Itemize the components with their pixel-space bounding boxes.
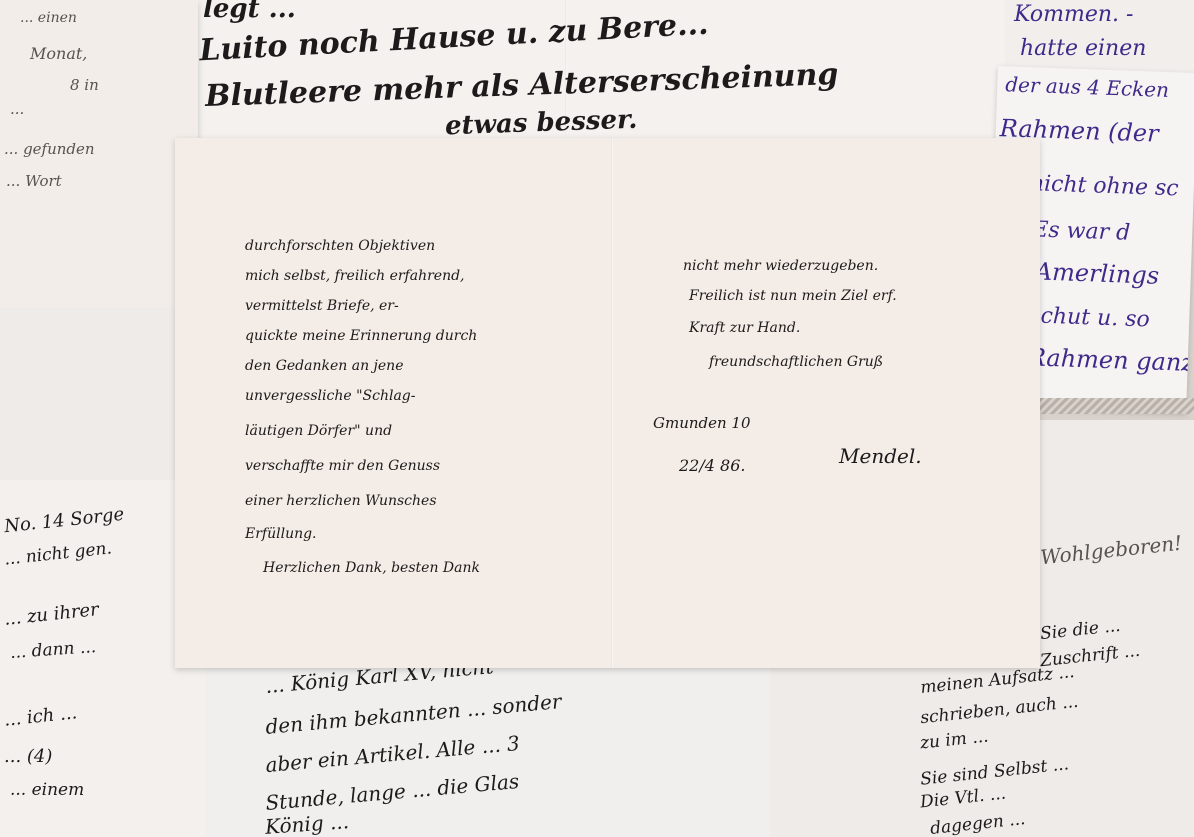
letter-line: Es war d — [1032, 217, 1131, 245]
letter-line: durchforschten Objektiven — [245, 238, 435, 254]
letter-line: ... einem — [10, 780, 84, 800]
letter-line: ... nicht gen. — [3, 538, 113, 569]
letter-line: ... gefunden — [4, 140, 95, 158]
letter-line: verschaffte mir den Genuss — [245, 458, 440, 474]
letter-line: etwas besser. — [445, 105, 638, 142]
letter-line: ... ich ... — [3, 702, 78, 731]
letter-line: zu im ... — [919, 726, 989, 753]
letter-line: quickte meine Erinnerung durch — [245, 328, 477, 344]
letter-line: ... dann ... — [9, 637, 96, 663]
letter-line: ... (4) — [4, 746, 52, 767]
envelope-lining — [1040, 398, 1194, 414]
letter-line: 8 in — [70, 76, 99, 94]
letter-line: ... zu ihrer — [3, 599, 100, 630]
main-letter-right-page: nicht mehr wiederzugeben. Freilich ist n… — [613, 138, 1040, 668]
letter-line: Rahmen ganz — [1027, 343, 1194, 377]
letter-line: Sie die ... — [1039, 616, 1121, 644]
left-middle-paper — [0, 308, 180, 508]
bottom-center-background-letter: ... König Karl XV, nicht den ihm bekannt… — [205, 650, 775, 837]
letter-line: Freilich ist nun mein Ziel erf. — [689, 288, 897, 304]
letter-line: Blutleere mehr als Alterserscheinung — [205, 57, 839, 114]
letter-line: freundschaftlichen Gruß — [709, 354, 883, 370]
letter-line: dagegen ... — [929, 809, 1026, 837]
letter-line: Monat, — [30, 44, 87, 63]
letter-line: No. 14 Sorge — [3, 504, 125, 537]
letter-line: läutigen Dörfer" und — [245, 423, 392, 439]
letter-line: nicht mehr wiederzugeben. — [683, 258, 878, 274]
letter-line: schut u. so — [1029, 303, 1150, 332]
letter-line: Kraft zur Hand. — [689, 320, 800, 336]
letter-line: unvergessliche "Schlag- — [245, 388, 416, 404]
letter-line: ... Wort — [6, 172, 62, 190]
letter-line: Erfüllung. — [245, 526, 317, 542]
letter-line: den Gedanken an jene — [245, 358, 403, 374]
letter-line: Amerlings — [1034, 257, 1159, 289]
letter-line: legt ... — [203, 0, 296, 24]
letter-line: mich selbst, freilich erfahrend, — [245, 268, 465, 284]
main-letter: durchforschten Objektiven mich selbst, f… — [175, 138, 1040, 668]
letter-line: ... einen — [20, 10, 77, 26]
place-line: Gmunden 10 — [653, 414, 751, 432]
letter-line: ... — [10, 100, 24, 118]
letter-line: Herzlichen Dank, besten Dank — [263, 560, 480, 576]
letter-line: Kommen. - — [1014, 2, 1133, 27]
letter-line: der aus 4 Ecken — [1005, 72, 1169, 102]
letter-line: nicht ohne sc — [1029, 171, 1179, 201]
letter-line: hatte einen — [1020, 36, 1146, 61]
letter-line: Stunde, lange ... die Glas — [264, 769, 520, 815]
date-line: 22/4 86. — [679, 456, 745, 475]
letter-line: König ... — [264, 809, 349, 837]
main-letter-left-page: durchforschten Objektiven mich selbst, f… — [175, 138, 611, 668]
letter-line: vermittelst Briefe, er- — [245, 298, 399, 314]
top-background-letter: legt ... Luito noch Hause u. zu Bere... … — [195, 0, 1015, 150]
signature: Mendel. — [839, 444, 922, 468]
top-left-background-letter: ... einen Monat, 8 in ... ... gefunden .… — [0, 0, 198, 308]
letter-salutation: Wohlgeboren! — [1039, 531, 1183, 570]
letter-line: aber ein Artikel. Alle ... 3 — [264, 731, 520, 777]
letter-line: einer herzlichen Wunsches — [245, 493, 437, 509]
letter-line: schrieben, auch ... — [919, 692, 1079, 728]
